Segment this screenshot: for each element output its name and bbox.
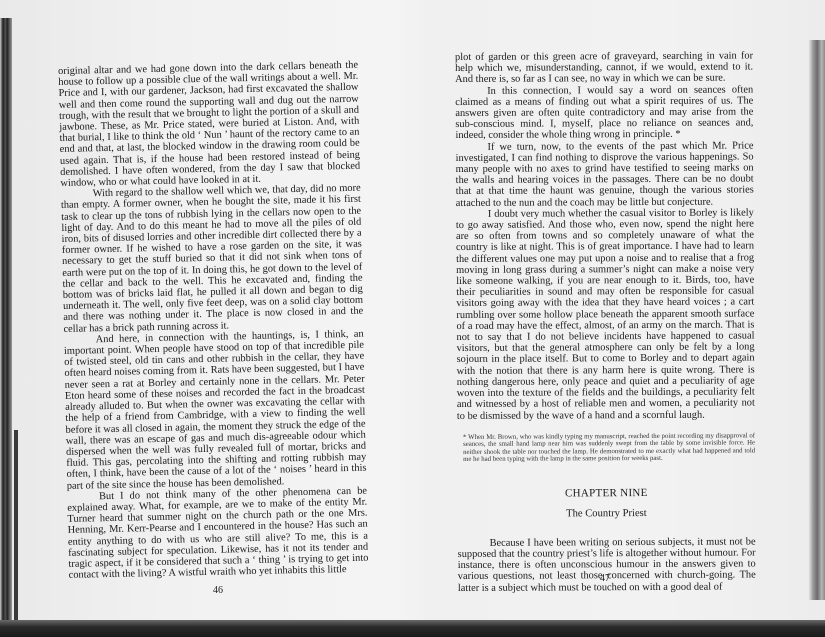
book-binding-shadow — [14, 430, 18, 622]
chapter-heading: CHAPTER NINE — [457, 488, 755, 501]
paragraph: And here, in connection with the hauntin… — [64, 329, 367, 492]
page-edge-right — [808, 40, 825, 600]
paragraph: With regard to the shallow well which we… — [61, 183, 364, 335]
right-page: plot of garden or this green acre of gra… — [455, 50, 756, 593]
page-number-left: 46 — [213, 585, 223, 596]
paragraph: original altar and we had gone down into… — [58, 60, 361, 189]
paragraph: But I do not think many of the other phe… — [67, 485, 369, 581]
book-binding-edge — [0, 18, 12, 622]
page-edge-bottom — [0, 620, 825, 637]
footnote: * When Mr. Brown, who was kindly typing … — [457, 432, 755, 463]
paragraph: I doubt very much whether the casual vis… — [456, 207, 755, 421]
left-page: original altar and we had gone down into… — [58, 60, 369, 582]
page-number-right: 47 — [600, 573, 610, 584]
paragraph: In this connection, I would say a word o… — [455, 84, 753, 142]
book-spread: original altar and we had gone down into… — [0, 0, 825, 622]
chapter-title: The Country Priest — [457, 507, 755, 520]
paragraph: Because I have been writing on serious s… — [458, 536, 756, 594]
paragraph: plot of garden or this green acre of gra… — [455, 50, 753, 85]
paragraph: If we turn, now, to the events of the pa… — [455, 140, 753, 209]
